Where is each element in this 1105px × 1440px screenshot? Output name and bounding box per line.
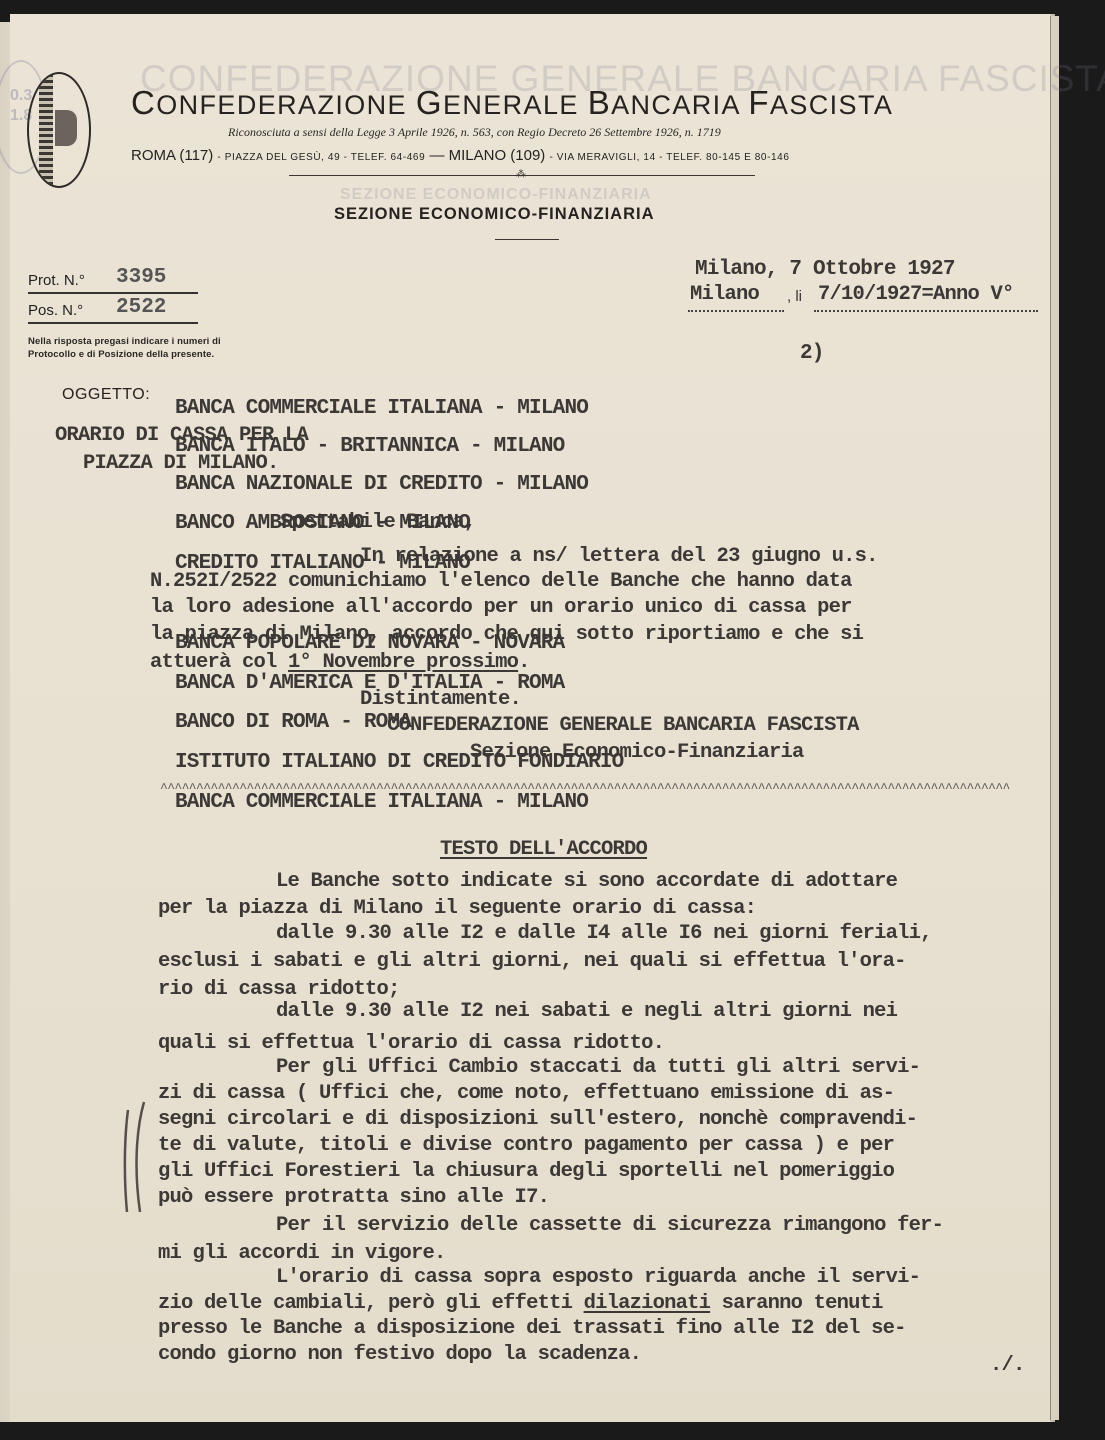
protocol-note: Nella risposta pregasi indicare i numeri… [28, 335, 221, 361]
milano-address: - VIA MERAVIGLI, 14 - TELEF. 80-145 E 80… [549, 152, 789, 163]
subject-line: PIAZZA DI MILANO. [83, 452, 279, 475]
bleed-section: SEZIONE ECONOMICO-FINANZIARIA [340, 186, 652, 204]
letterhead-legal-note: Riconosciuta a sensi della Legge 3 April… [228, 125, 721, 140]
date-city-dotted-line [688, 310, 784, 312]
protocol-number: 3395 [116, 266, 166, 289]
roma-city: ROMA (117) [131, 147, 213, 164]
letterhead-title: CONFEDERAZIONE GENERALE BANCARIA FASCIST… [131, 84, 893, 122]
agreement-line: mi gli accordi in vigore. [158, 1242, 446, 1265]
position-number: 2522 [116, 296, 166, 319]
bleed-bank: BANCA COMMERCIALE ITALIANA - MILANO [175, 397, 588, 420]
separator-line: ^^^^^^^^^^^^^^^^^^^^^^^^^^^^^^^^^^^^^^^^… [160, 781, 1010, 796]
agreement-line: zio delle cambiali, però gli effetti dil… [158, 1292, 883, 1315]
letterhead-addresses: ROMA (117) - PIAZZA DEL GESÙ, 49 - TELEF… [131, 147, 790, 164]
page-edge [1050, 16, 1059, 1420]
date-value: 7/10/1927=Anno V° [818, 283, 1014, 306]
bleed-bank: BANCO DI ROMA - ROMA [175, 711, 411, 734]
roma-address: - PIAZZA DEL GESÙ, 49 - TELEF. 64-469 [217, 152, 425, 163]
agreement-line: Per il servizio delle cassette di sicure… [276, 1214, 943, 1237]
agreement-line: dalle 9.30 alle I2 e dalle I4 alle I6 ne… [276, 922, 932, 945]
effective-date: 1° Novembre prossimo [288, 651, 518, 674]
date-dotted-line [814, 310, 1038, 312]
agreement-line: può essere protratta sino alle I7. [158, 1186, 549, 1209]
agreement-line: te di valute, titoli e divise contro pag… [158, 1134, 894, 1157]
agreement-line: presso le Banche a disposizione dei tras… [158, 1317, 906, 1340]
letterhead-section: SEZIONE ECONOMICO-FINANZIARIA [334, 205, 655, 224]
ornament-icon: ⁂ [516, 169, 526, 180]
address-separator: — [429, 147, 444, 164]
agreement-line: esclusi i sabati e gli altri giorni, nei… [158, 950, 906, 973]
agreement-line: segni circolari e di disposizioni sull'e… [158, 1108, 917, 1131]
signature-org: CONFEDERAZIONE GENERALE BANCARIA FASCIST… [387, 714, 859, 737]
letter-line: la loro adesione all'accordo per un orar… [150, 596, 852, 619]
subject-label: OGGETTO: [62, 386, 150, 404]
agreement-line: gli Uffici Forestieri la chiusura degli … [158, 1160, 894, 1183]
agreement-line: rio di cassa ridotto; [158, 978, 400, 1001]
letter-line: attuerà col 1° Novembre prossimo. [150, 651, 530, 674]
agreement-line: Per gli Uffici Cambio staccati da tutti … [276, 1056, 920, 1079]
letter-line: N.252I/2522 comunichiamo l'elenco delle … [150, 570, 852, 593]
subject-line: ORARIO DI CASSA PER LA [55, 424, 308, 447]
bleed-bank: BANCA NAZIONALE DI CREDITO - MILANO [175, 473, 588, 496]
bleed-date: Milano, 7 Ottobre 1927 [695, 258, 955, 281]
agreement-line: condo giorno non festivo dopo la scadenz… [158, 1343, 641, 1366]
agreement-line: L'orario di cassa sopra esposto riguarda… [276, 1266, 920, 1289]
signature-section: Sezione Economico-Finanziaria [470, 741, 804, 764]
agreement-line: Le Banche sotto indicate si sono accorda… [276, 870, 897, 893]
date-li: , li [787, 288, 802, 305]
agreement-heading: TESTO DELL'ACCORDO [440, 838, 647, 861]
date-city: Milano [690, 283, 759, 306]
agreement-line: per la piazza di Milano il seguente orar… [158, 897, 756, 920]
continued-mark: ./. [990, 1354, 1025, 1377]
agreement-line: dalle 9.30 alle I2 nei sabati e negli al… [276, 1000, 897, 1023]
letter-line: la piazza di Milano, accordo che qui sot… [150, 623, 863, 646]
section-rule [495, 239, 559, 240]
fasces-emblem-icon [27, 72, 91, 188]
letter-line: In relazione a ns/ lettera del 23 giugno… [360, 545, 878, 568]
agreement-line: quali si effettua l'orario di cassa rido… [158, 1032, 664, 1055]
closing: Distintamente. [360, 688, 521, 711]
milano-city: MILANO (109) [449, 147, 546, 164]
agreement-line: zi di cassa ( Uffici che, come noto, eff… [158, 1082, 894, 1105]
bleed-number: 2) [800, 342, 824, 365]
pencil-margin-mark-icon [122, 1100, 152, 1218]
salutation: Spettabile Banca, [280, 511, 476, 534]
underlined-word: dilazionati [584, 1292, 711, 1315]
